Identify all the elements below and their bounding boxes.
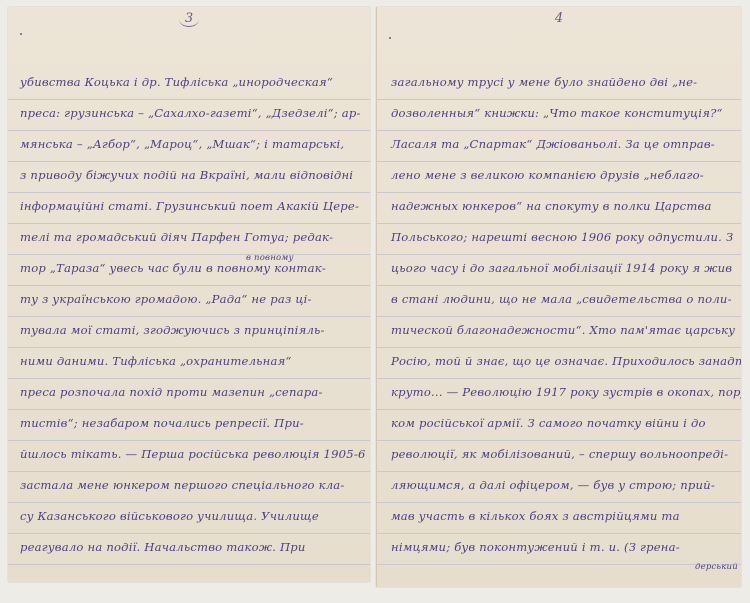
text-line: надежных юнкеров“ на спокуту в полки Цар…: [377, 193, 741, 224]
text-line: преса розпочала похід проти мазепин „сеп…: [8, 379, 370, 410]
text-line: круто... — Революцію 1917 року зустрів в…: [377, 379, 741, 410]
text-line: Росію, той й знає, що це означає. Приход…: [377, 348, 741, 379]
text-line: німцями; був поконтужений і т. и. (З гре…: [391, 540, 680, 554]
manuscript-page-left: 3 убивства Коцька і др. Тифліська „иноро…: [8, 7, 370, 582]
text-line: лено мене з великою компанією друзів „не…: [377, 162, 741, 193]
handwritten-lines: загальному трусі у мене було знайдено дв…: [377, 69, 741, 565]
text-line-with-insertion: німцями; був поконтужений і т. и. (З гре…: [377, 534, 741, 565]
text-line: телі та громадський діяч Парфен Готуа; р…: [8, 224, 370, 255]
text-line: тистів“; незабаром почались репресії. Пр…: [8, 410, 370, 441]
text-line: цього часу і до загальної мобілізації 19…: [377, 255, 741, 286]
text-line: ком російської армії. З самого початку в…: [377, 410, 741, 441]
text-line: убивства Коцька і др. Тифліська „инородч…: [8, 69, 370, 100]
text-line: ними даними. Тифліська „охранительная“: [8, 348, 370, 379]
text-line: загальному трусі у мене було знайдено дв…: [377, 69, 741, 100]
text-line: застала мене юнкером першого спеціальног…: [8, 472, 370, 503]
text-line: Ласаля та „Спартак“ Джіованьолі. За це о…: [377, 131, 741, 162]
text-line: су Казанського військового училища. Учил…: [8, 503, 370, 534]
ink-speck: [389, 37, 391, 39]
page-number: 3: [8, 11, 370, 26]
text-line: тувала мої статі, згоджуючись з принціпі…: [8, 317, 370, 348]
text-line: преса: грузинська – „Сахалхо-газеті“, „Д…: [8, 100, 370, 131]
text-line: з приводу біжучих подій на Вкраїні, мали…: [8, 162, 370, 193]
text-line: ляющимся, а далі офіцером, — був у строю…: [377, 472, 741, 503]
text-line: Польського; нарешті весною 1906 року одп…: [377, 224, 741, 255]
text-line-with-insertion: тор „Тараза“ увесь час були в повному ко…: [8, 255, 370, 286]
text-line: мянська – „Агбор“, „Мароц“, „Мшак“; і та…: [8, 131, 370, 162]
text-line: в стані людини, що не мала „свидетельств…: [377, 286, 741, 317]
text-line: мав участь в кількох боях з австрійцями …: [377, 503, 741, 534]
ink-speck: [20, 33, 22, 35]
text-line: реагувало на події. Начальство також. Пр…: [8, 534, 370, 565]
text-line: ту з українською громадою. „Рада“ не раз…: [8, 286, 370, 317]
page-number: 4: [377, 11, 741, 26]
text-line: дозволенныя“ книжки: „Что такое конститу…: [377, 100, 741, 131]
handwritten-lines: убивства Коцька і др. Тифліська „инородч…: [8, 69, 370, 565]
insertion-note: дерський: [695, 554, 738, 580]
text-line: інформаційні статі. Грузинський поет Ака…: [8, 193, 370, 224]
manuscript-page-right: 4 загальному трусі у мене було знайдено …: [376, 7, 741, 587]
text-line: революції, як мобілізований, – спершу во…: [377, 441, 741, 472]
text-line: йшлось тікать. — Перша російська революц…: [8, 441, 370, 472]
insertion-note: в повному: [246, 255, 294, 271]
text-line: тической благонадежности“. Хто пам'ятає …: [377, 317, 741, 348]
